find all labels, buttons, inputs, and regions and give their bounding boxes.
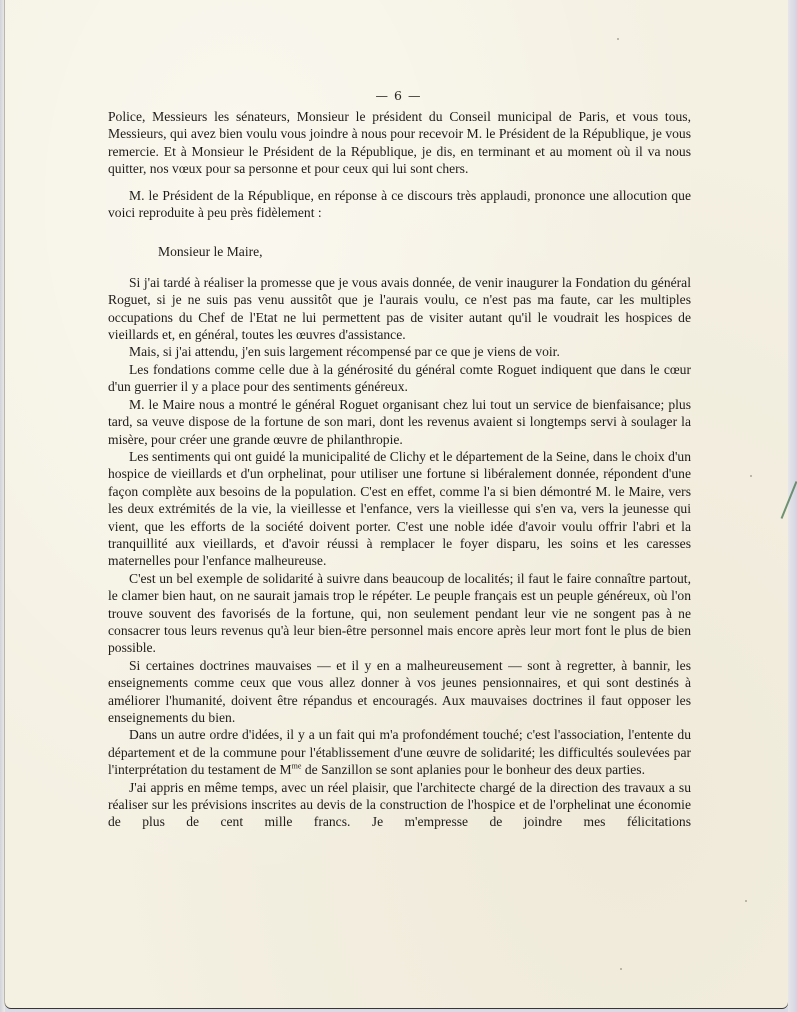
paragraph-foundations: Les fondations comme celle due à la géné… [108, 361, 691, 396]
document-body: Police, Messieurs les sénateurs, Monsieu… [108, 108, 691, 831]
paragraph-solidarity-example: C'est un bel exemple de solidarité à sui… [108, 570, 691, 657]
paragraph-rewarded: Mais, si j'ai attendu, j'en suis largeme… [108, 343, 691, 360]
paper-speck [745, 900, 747, 902]
paragraph-architect: J'ai appris en même temps, avec un réel … [108, 779, 691, 831]
paragraph-mayor-showed: M. le Maire nous a montré le général Rog… [108, 396, 691, 448]
paragraph-association: Dans un autre ordre d'idées, il y a un f… [108, 726, 691, 778]
page-number: — 6 — [0, 88, 797, 103]
paper-speck [617, 38, 619, 40]
salutation: Monsieur le Maire, [108, 243, 691, 260]
paragraph-opening-continuation: Police, Messieurs les sénateurs, Monsieu… [108, 108, 691, 178]
paragraph-promise: Si j'ai tardé à réaliser la promesse que… [108, 274, 691, 344]
paragraph-president-response-intro: M. le Président de la République, en rép… [108, 187, 691, 222]
paragraph-doctrines: Si certaines doctrines mauvaises — et il… [108, 657, 691, 727]
paper-speck [620, 968, 622, 970]
paper-speck [750, 475, 752, 477]
paragraph-sentiments: Les sentiments qui ont guidé la municipa… [108, 448, 691, 570]
scan-edge-right [788, 0, 797, 1012]
association-text-part2: de Sanzillon se sont aplanies pour le bo… [301, 762, 645, 777]
madame-superscript: me [292, 762, 302, 771]
